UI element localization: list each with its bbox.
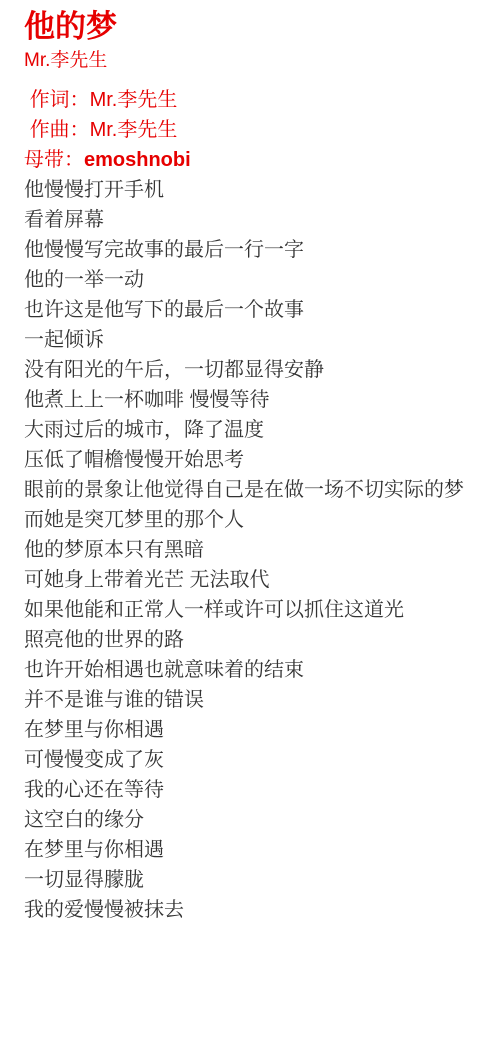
lyric-line: 在梦里与你相遇 bbox=[24, 715, 476, 745]
lyric-line: 照亮他的世界的路 bbox=[24, 625, 476, 655]
credit-label: 作曲： bbox=[24, 119, 90, 141]
lyric-line: 没有阳光的午后，一切都显得安静 bbox=[24, 355, 476, 385]
page-title: 他的梦 bbox=[24, 8, 476, 46]
lyrics-content: 作词：Mr.李先生 作曲：Mr.李先生母带：emoshnobi 他慢慢打开手机看… bbox=[24, 85, 476, 925]
credit-label: 母带： bbox=[24, 149, 84, 171]
lyric-line: 这空白的缘分 bbox=[24, 805, 476, 835]
lyric-line: 也许这是他写下的最后一个故事 bbox=[24, 295, 476, 325]
lyric-line: 他慢慢写完故事的最后一行一字 bbox=[24, 235, 476, 265]
credit-value: emoshnobi bbox=[84, 149, 191, 171]
credit-value: Mr.李先生 bbox=[90, 119, 178, 141]
lyrics-page: 他的梦 Mr.李先生 作词：Mr.李先生 作曲：Mr.李先生母带：emoshno… bbox=[0, 0, 500, 925]
lyric-line: 大雨过后的城市，降了温度 bbox=[24, 415, 476, 445]
lyric-line: 看着屏幕 bbox=[24, 205, 476, 235]
lyric-line: 他的梦原本只有黑暗 bbox=[24, 535, 476, 565]
credit-line: 作词：Mr.李先生 bbox=[24, 85, 476, 115]
artist-link[interactable]: Mr.李先生 bbox=[24, 49, 476, 72]
credit-label: 作词： bbox=[24, 89, 90, 111]
lyrics: 他慢慢打开手机看着屏幕他慢慢写完故事的最后一行一字他的一举一动也许这是他写下的最… bbox=[24, 175, 476, 925]
credit-value: Mr.李先生 bbox=[90, 89, 178, 111]
lyric-line: 我的爱慢慢被抹去 bbox=[24, 895, 476, 925]
lyric-line: 如果他能和正常人一样或许可以抓住这道光 bbox=[24, 595, 476, 625]
lyric-line: 一起倾诉 bbox=[24, 325, 476, 355]
lyric-line: 一切显得朦胧 bbox=[24, 865, 476, 895]
lyric-line: 在梦里与你相遇 bbox=[24, 835, 476, 865]
lyric-line: 我的心还在等待 bbox=[24, 775, 476, 805]
lyric-line: 他慢慢打开手机 bbox=[24, 175, 476, 205]
lyric-line: 他煮上上一杯咖啡 慢慢等待 bbox=[24, 385, 476, 415]
credit-line: 作曲：Mr.李先生 bbox=[24, 115, 476, 145]
lyric-line: 压低了帽檐慢慢开始思考 bbox=[24, 445, 476, 475]
credit-line: 母带：emoshnobi bbox=[24, 145, 476, 175]
lyric-line: 也许开始相遇也就意味着的结束 bbox=[24, 655, 476, 685]
lyric-line: 而她是突兀梦里的那个人 bbox=[24, 505, 476, 535]
credits: 作词：Mr.李先生 作曲：Mr.李先生母带：emoshnobi bbox=[24, 85, 476, 175]
lyric-line: 眼前的景象让他觉得自己是在做一场不切实际的梦 bbox=[24, 475, 476, 505]
lyric-line: 可她身上带着光芒 无法取代 bbox=[24, 565, 476, 595]
lyric-line: 可慢慢变成了灰 bbox=[24, 745, 476, 775]
lyric-line: 并不是谁与谁的错误 bbox=[24, 685, 476, 715]
lyric-line: 他的一举一动 bbox=[24, 265, 476, 295]
